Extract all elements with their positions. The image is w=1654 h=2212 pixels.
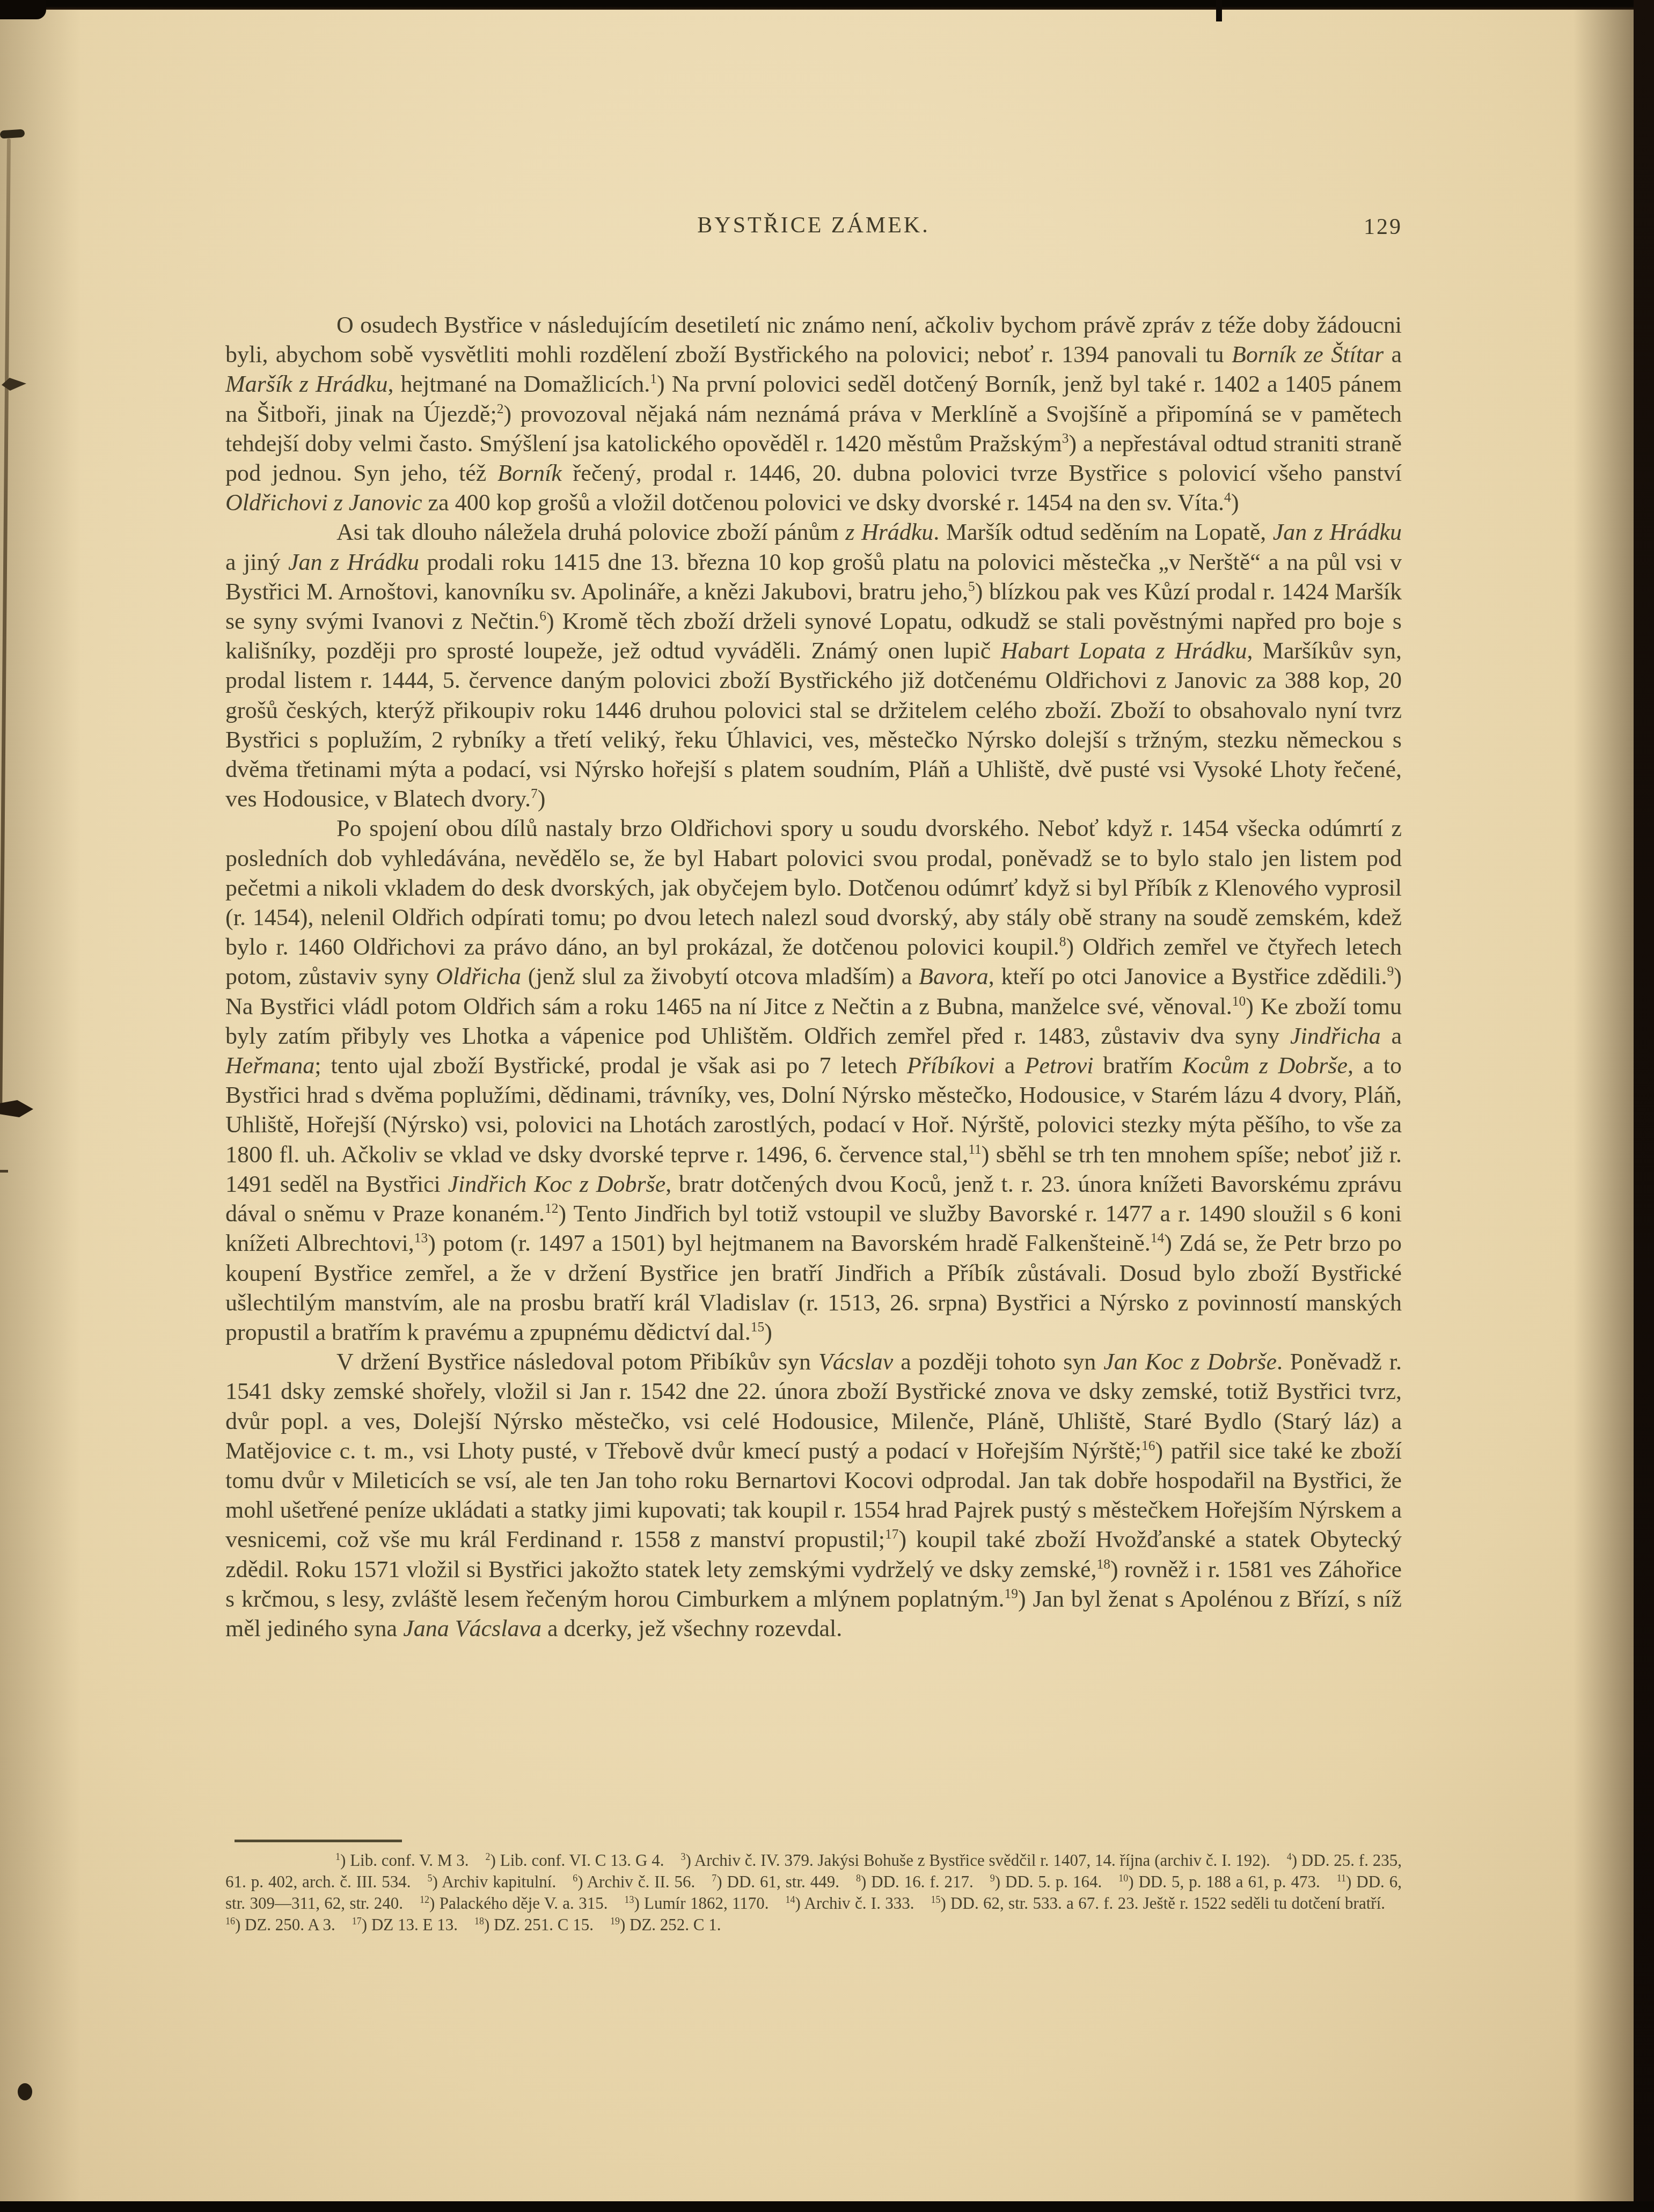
footnote-marker: 18 (474, 1916, 484, 1927)
footnote-text: ) DZ 13. E 13. (362, 1915, 474, 1934)
footnote-text: ) DZ. 250. A 3. (235, 1915, 352, 1934)
footnote-marker: 17 (352, 1916, 362, 1927)
footnote-marker: 2 (486, 1851, 491, 1862)
footnote-marker: 16 (225, 1916, 235, 1927)
footnote-text: ) Palackého děje V. a. 315. (429, 1894, 624, 1913)
footnote-marker: 14 (786, 1894, 795, 1905)
footnote-text: ) Lib. conf. V. M 3. (340, 1851, 486, 1870)
body-text: O osudech Bystřice v následujícím deseti… (225, 310, 1402, 1643)
footnote-text: ) DD. 62, str. 533. a 67. f. 23. Ještě r… (940, 1894, 1402, 1913)
footnote-marker: 6 (573, 1873, 577, 1884)
footnote-marker: 12 (420, 1894, 429, 1905)
paragraph: Asi tak dlouho náležela druhá polovice z… (225, 517, 1402, 814)
scan-border-right (1634, 0, 1654, 2212)
footnote-text: ) DD. 16. f. 217. (861, 1872, 990, 1891)
footnote-text: ) Archiv č. I. 333. (795, 1894, 931, 1913)
footnote-text: ) DZ. 251. C 15. (484, 1915, 610, 1934)
footnote-marker: 13 (624, 1894, 634, 1905)
footnote-text: ) DD. 61, str. 449. (716, 1872, 856, 1891)
footnote-text: ) Lumír 1862, 1170. (634, 1894, 785, 1913)
ink-mark-dot (18, 2083, 32, 2100)
footnotes: 1) Lib. conf. V. M 3. 2) Lib. conf. VI. … (225, 1850, 1402, 1936)
footnote-text: ) Archiv kapitulní. (433, 1872, 573, 1891)
footnote-text: ) Archiv č. II. 56. (577, 1872, 712, 1891)
footnote-marker: 11 (1337, 1873, 1346, 1884)
paragraph: O osudech Bystřice v následujícím deseti… (225, 310, 1402, 517)
page-title: BYSTŘICE ZÁMEK. (225, 213, 1402, 238)
footnote-marker: 5 (428, 1873, 433, 1884)
footnote-marker: 10 (1118, 1873, 1128, 1884)
footnote-text: ) Lib. conf. VI. C 13. G 4. (491, 1851, 681, 1870)
scan-border-bottom (0, 2201, 1654, 2212)
footnote-text: ) DD. 5. p. 164. (995, 1872, 1118, 1891)
footnote-marker: 19 (610, 1916, 620, 1927)
book-page-scan: { "colors": { "paper": "#ecdbb4", "ink":… (0, 0, 1654, 2212)
footnote-marker: 15 (931, 1894, 940, 1905)
footnote-text: ) DD. 5, p. 188 a 61, p. 473. (1128, 1872, 1337, 1891)
footnote-marker: 4 (1287, 1851, 1292, 1862)
ink-mark-tick (0, 1170, 8, 1173)
footnote-text: ) DZ. 252. C 1. (620, 1915, 721, 1934)
footnote-marker: 9 (990, 1873, 995, 1884)
paragraph: V držení Bystřice následoval potom Přibí… (225, 1347, 1402, 1643)
paragraph: Po spojení obou dílů nastaly brzo Oldřic… (225, 814, 1402, 1347)
footnote-marker: 7 (712, 1873, 716, 1884)
ink-mark-bar (0, 129, 25, 138)
page-number: 129 (1364, 214, 1428, 240)
footnote-marker: 8 (856, 1873, 861, 1884)
footnote-marker: 1 (335, 1851, 340, 1862)
footnote-separator-rule (235, 1840, 402, 1842)
scan-border-top-notch (1216, 0, 1222, 21)
scan-border-top (0, 0, 1654, 10)
scan-corner-top-left (0, 0, 46, 19)
footnote-text: ) Archiv č. IV. 379. Jakýsi Bohuše z Bys… (685, 1851, 1286, 1870)
